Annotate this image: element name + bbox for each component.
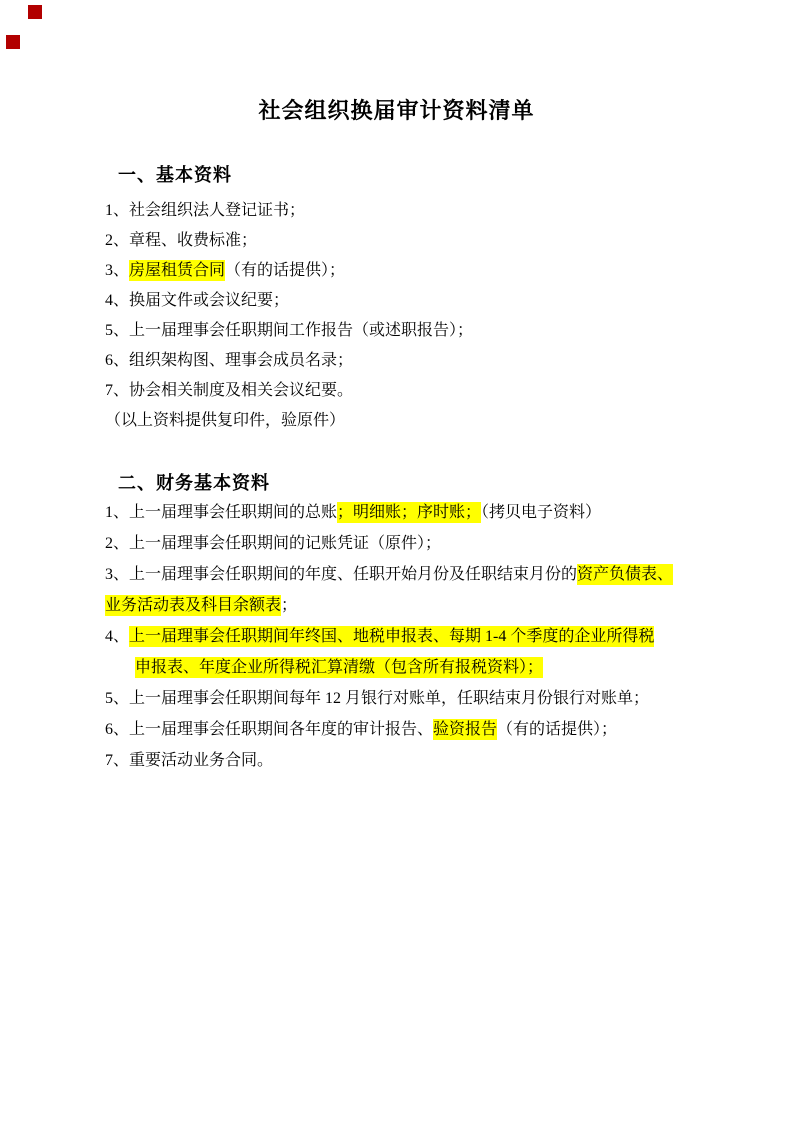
highlighted-text: 上一届理事会任职期间年终国、地税申报表、每期 1-4 个季度的企业所得税 xyxy=(129,626,654,647)
section-note: （以上资料提供复印件，验原件） xyxy=(105,406,725,436)
list-item: 1、上一届理事会任职期间的总账；明细账；序时账；（拷贝电子资料） xyxy=(105,497,725,528)
text-segment: 5、上一届理事会任职期间工作报告（或述职报告）； xyxy=(105,322,473,339)
text-segment: 7、重要活动业务合同。 xyxy=(105,752,273,769)
text-segment: 6、上一届理事会任职期间各年度的审计报告、 xyxy=(105,721,433,738)
text-segment: 7、协会相关制度及相关会议纪要。 xyxy=(105,382,353,399)
highlighted-text: 验资报告 xyxy=(433,719,497,740)
text-segment: 2、章程、收费标准； xyxy=(105,232,257,249)
text-segment: （拷贝电子资料） xyxy=(481,504,601,521)
highlighted-text: 资产负债表、 xyxy=(577,564,673,585)
list-item: 6、组织架构图、理事会成员名录； xyxy=(105,346,725,376)
text-segment: 3、上一届理事会任职期间的年度、任职开始月份及任职结束月份的 xyxy=(105,566,577,583)
list-item: 4、换届文件或会议纪要； xyxy=(105,286,725,316)
text-segment: 5、上一届理事会任职期间每年 12 月银行对账单，任职结束月份银行对账单； xyxy=(105,690,649,707)
highlighted-text: 房屋租赁合同 xyxy=(129,260,225,281)
red-corner-marker xyxy=(6,35,20,49)
document-title: 社会组织换届审计资料清单 xyxy=(0,95,793,127)
document-page: 社会组织换届审计资料清单 一、基本资料 1、社会组织法人登记证书；2、章程、收费… xyxy=(0,0,793,1122)
section-1-item-list: 1、社会组织法人登记证书；2、章程、收费标准；3、房屋租赁合同（有的话提供）；4… xyxy=(105,196,725,436)
text-segment: （有的话提供）； xyxy=(497,721,617,738)
text-segment: 1、上一届理事会任职期间的总账 xyxy=(105,504,337,521)
list-item: 7、协会相关制度及相关会议纪要。 xyxy=(105,376,725,406)
list-item: 2、上一届理事会任职期间的记账凭证（原件）； xyxy=(105,528,725,559)
list-item: 1、社会组织法人登记证书； xyxy=(105,196,725,226)
text-segment: 4、 xyxy=(105,628,129,645)
list-item: 5、上一届理事会任职期间每年 12 月银行对账单，任职结束月份银行对账单； xyxy=(105,683,725,714)
text-segment: ； xyxy=(281,597,297,614)
list-item: 5、上一届理事会任职期间工作报告（或述职报告）； xyxy=(105,316,725,346)
text-segment: 2、上一届理事会任职期间的记账凭证（原件）； xyxy=(105,535,441,552)
list-item: 7、重要活动业务合同。 xyxy=(105,745,725,776)
section-heading-basic-materials: 一、基本资料 xyxy=(118,163,232,187)
text-segment: （有的话提供）； xyxy=(225,262,345,279)
list-item: 3、房屋租赁合同（有的话提供）； xyxy=(105,256,725,286)
section-heading-financial-materials: 二、财务基本资料 xyxy=(118,471,270,495)
highlighted-text: 业务活动表及科目余额表 xyxy=(105,595,281,616)
highlighted-text: 申报表、年度企业所得税汇算清缴（包含所有报税资料）； xyxy=(135,657,543,678)
red-corner-marker xyxy=(28,5,42,19)
highlighted-text: ；明细账；序时账； xyxy=(337,502,481,523)
list-item: 4、上一届理事会任职期间年终国、地税申报表、每期 1-4 个季度的企业所得税申报… xyxy=(105,621,725,683)
list-item: 2、章程、收费标准； xyxy=(105,226,725,256)
text-segment: 1、社会组织法人登记证书； xyxy=(105,202,305,219)
list-item: 6、上一届理事会任职期间各年度的审计报告、验资报告（有的话提供）； xyxy=(105,714,725,745)
text-segment: 3、 xyxy=(105,262,129,279)
list-item: 3、上一届理事会任职期间的年度、任职开始月份及任职结束月份的资产负债表、业务活动… xyxy=(105,559,725,621)
text-segment: 4、换届文件或会议纪要； xyxy=(105,292,289,309)
text-segment: 6、组织架构图、理事会成员名录； xyxy=(105,352,353,369)
section-2-item-list: 1、上一届理事会任职期间的总账；明细账；序时账；（拷贝电子资料）2、上一届理事会… xyxy=(105,497,725,776)
